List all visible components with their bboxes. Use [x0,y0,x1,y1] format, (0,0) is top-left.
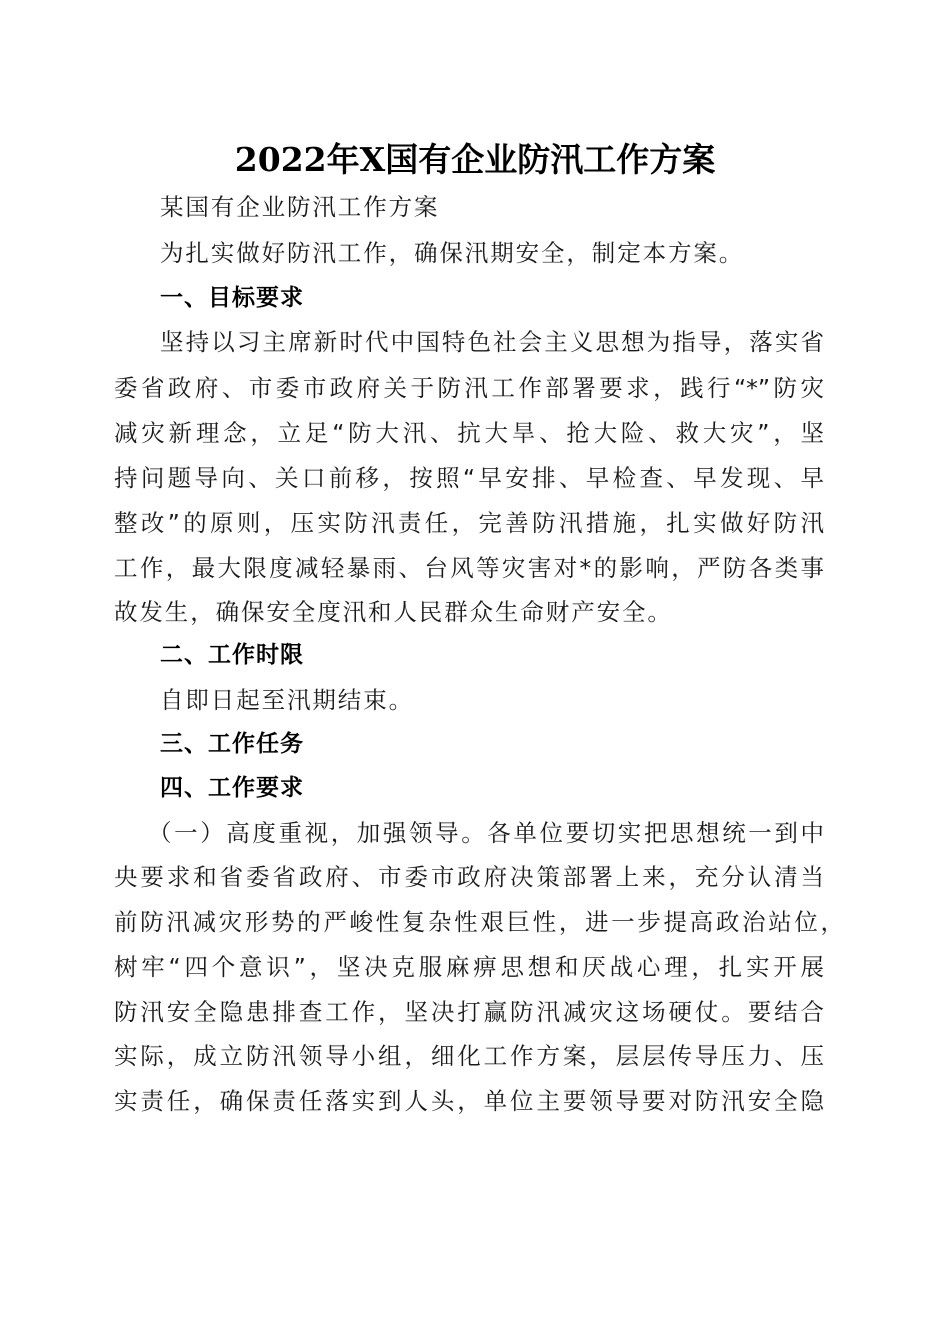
intro-paragraph: 为扎实做好防汛工作，确保汛期安全，制定本方案。 [160,238,890,268]
section-heading-goals: 一、目标要求 [160,283,304,313]
paragraph-line: 委省政府、市委市政府关于防汛工作部署要求，践行“*”防灾 [114,373,824,403]
paragraph-line: （一）高度重视，加强领导。各单位要切实把思想统一到中 [148,818,824,848]
section-heading-tasks: 三、工作任务 [160,729,304,759]
document-page: 2022年X国有企业防汛工作方案 某国有企业防汛工作方案 为扎实做好防汛工作，确… [0,0,950,1344]
paragraph-line: 自即日起至汛期结束。 [160,685,890,715]
paragraph-line: 坚持以习主席新时代中国特色社会主义思想为指导，落实省 [160,327,824,357]
document-title: 2022年X国有企业防汛工作方案 [0,136,950,184]
paragraph-line: 央要求和省委省政府、市委市政府决策部署上来，充分认清当 [114,862,824,892]
section-heading-time-limit: 二、工作时限 [160,640,304,670]
paragraph-line: 实责任，确保责任落实到人头，单位主要领导要对防汛安全隐 [114,1086,824,1116]
document-subtitle: 某国有企业防汛工作方案 [160,192,890,222]
paragraph-line: 前防汛减灾形势的严峻性复杂性艰巨性，进一步提高政治站位， [114,907,844,937]
paragraph-line: 故发生，确保安全度汛和人民群众生命财产安全。 [114,597,844,627]
paragraph-line: 实际，成立防汛领导小组，细化工作方案，层层传导压力、压 [114,1041,824,1071]
paragraph-line: 树牢“四个意识”，坚决克服麻痹思想和厌战心理，扎实开展 [114,952,824,982]
paragraph-line: 工作，最大限度减轻暴雨、台风等灾害对*的影响，严防各类事 [114,553,824,583]
paragraph-line: 持问题导向、关口前移，按照“早安排、早检查、早发现、早 [114,463,824,493]
paragraph-line: 防汛安全隐患排查工作，坚决打赢防汛减灾这场硬仗。要结合 [114,997,824,1027]
paragraph-line: 减灾新理念，立足“防大汛、抗大旱、抢大险、救大灾”，坚 [114,418,824,448]
paragraph-line: 整改”的原则，压实防汛责任，完善防汛措施，扎实做好防汛 [114,508,824,538]
section-heading-requirements: 四、工作要求 [160,773,304,803]
